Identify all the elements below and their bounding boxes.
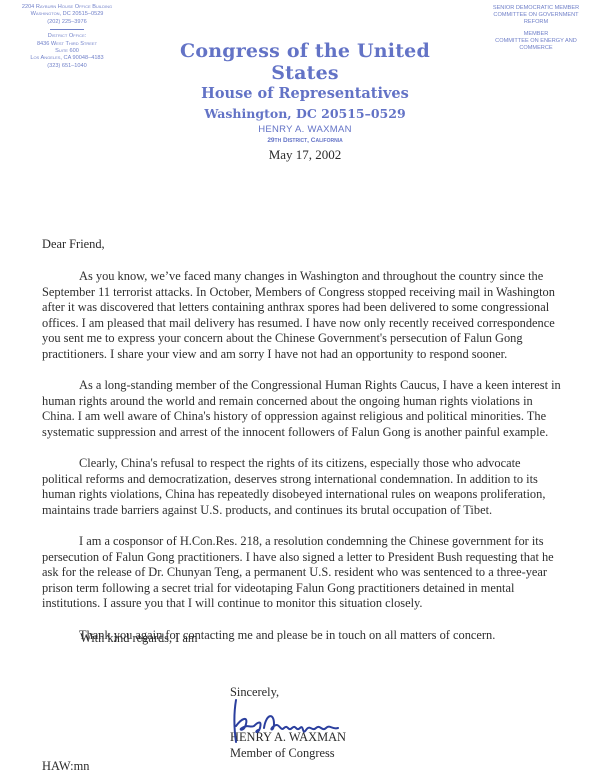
handwritten-signature bbox=[228, 698, 348, 746]
paragraph: Clearly, China's refusal to respect the … bbox=[42, 456, 562, 518]
letterhead-district: 29th District, California bbox=[160, 136, 450, 145]
salutation: Dear Friend, bbox=[42, 237, 105, 252]
dc-office-line: Washington, DC 20515–0529 bbox=[0, 11, 134, 18]
district-office-line: (323) 651–1040 bbox=[0, 63, 134, 70]
letterhead-city: Washington, DC 20515–0529 bbox=[160, 104, 450, 123]
paragraph: As you know, we’ve faced many changes in… bbox=[42, 269, 562, 363]
letterhead-member-name: HENRY A. WAXMAN bbox=[160, 123, 450, 136]
committee-line: COMMITTEE ON GOVERNMENT bbox=[478, 12, 594, 19]
district-office-line: District Office: bbox=[0, 33, 134, 40]
letter-date: May 17, 2002 bbox=[160, 147, 450, 163]
committee-line: SENIOR DEMOCRATIC MEMBER bbox=[478, 5, 594, 12]
letterhead-center: Congress of the United States House of R… bbox=[160, 40, 450, 145]
closing-line: With kind regards, I am bbox=[80, 631, 198, 646]
dc-office-line: 2204 Rayburn House Office Building bbox=[0, 4, 134, 11]
letterhead-left: 2204 Rayburn House Office Building Washi… bbox=[0, 4, 134, 70]
letter-body: As you know, we’ve faced many changes in… bbox=[42, 269, 562, 659]
committee-line: REFORM bbox=[478, 19, 594, 26]
committee-line: COMMITTEE ON ENERGY AND bbox=[478, 38, 594, 45]
committee-line: COMMERCE bbox=[478, 45, 594, 52]
district-office-line: Suite 600 bbox=[0, 48, 134, 55]
divider bbox=[50, 29, 84, 30]
typist-initials: HAW:mn bbox=[42, 759, 89, 774]
district-office-line: Los Angeles, CA 90048–4183 bbox=[0, 55, 134, 62]
paragraph: As a long-standing member of the Congres… bbox=[42, 378, 562, 440]
letterhead-right: SENIOR DEMOCRATIC MEMBER COMMITTEE ON GO… bbox=[478, 5, 594, 52]
committee-line: MEMBER bbox=[478, 31, 594, 38]
district-office-line: 8436 West Third Street bbox=[0, 41, 134, 48]
letterhead-title: Congress of the United States bbox=[160, 40, 450, 84]
letterhead-chamber: House of Representatives bbox=[160, 84, 450, 104]
dc-office-line: (202) 225–3976 bbox=[0, 19, 134, 26]
signer-title: Member of Congress bbox=[230, 746, 335, 762]
paragraph: I am a cosponsor of H.Con.Res. 218, a re… bbox=[42, 534, 562, 612]
